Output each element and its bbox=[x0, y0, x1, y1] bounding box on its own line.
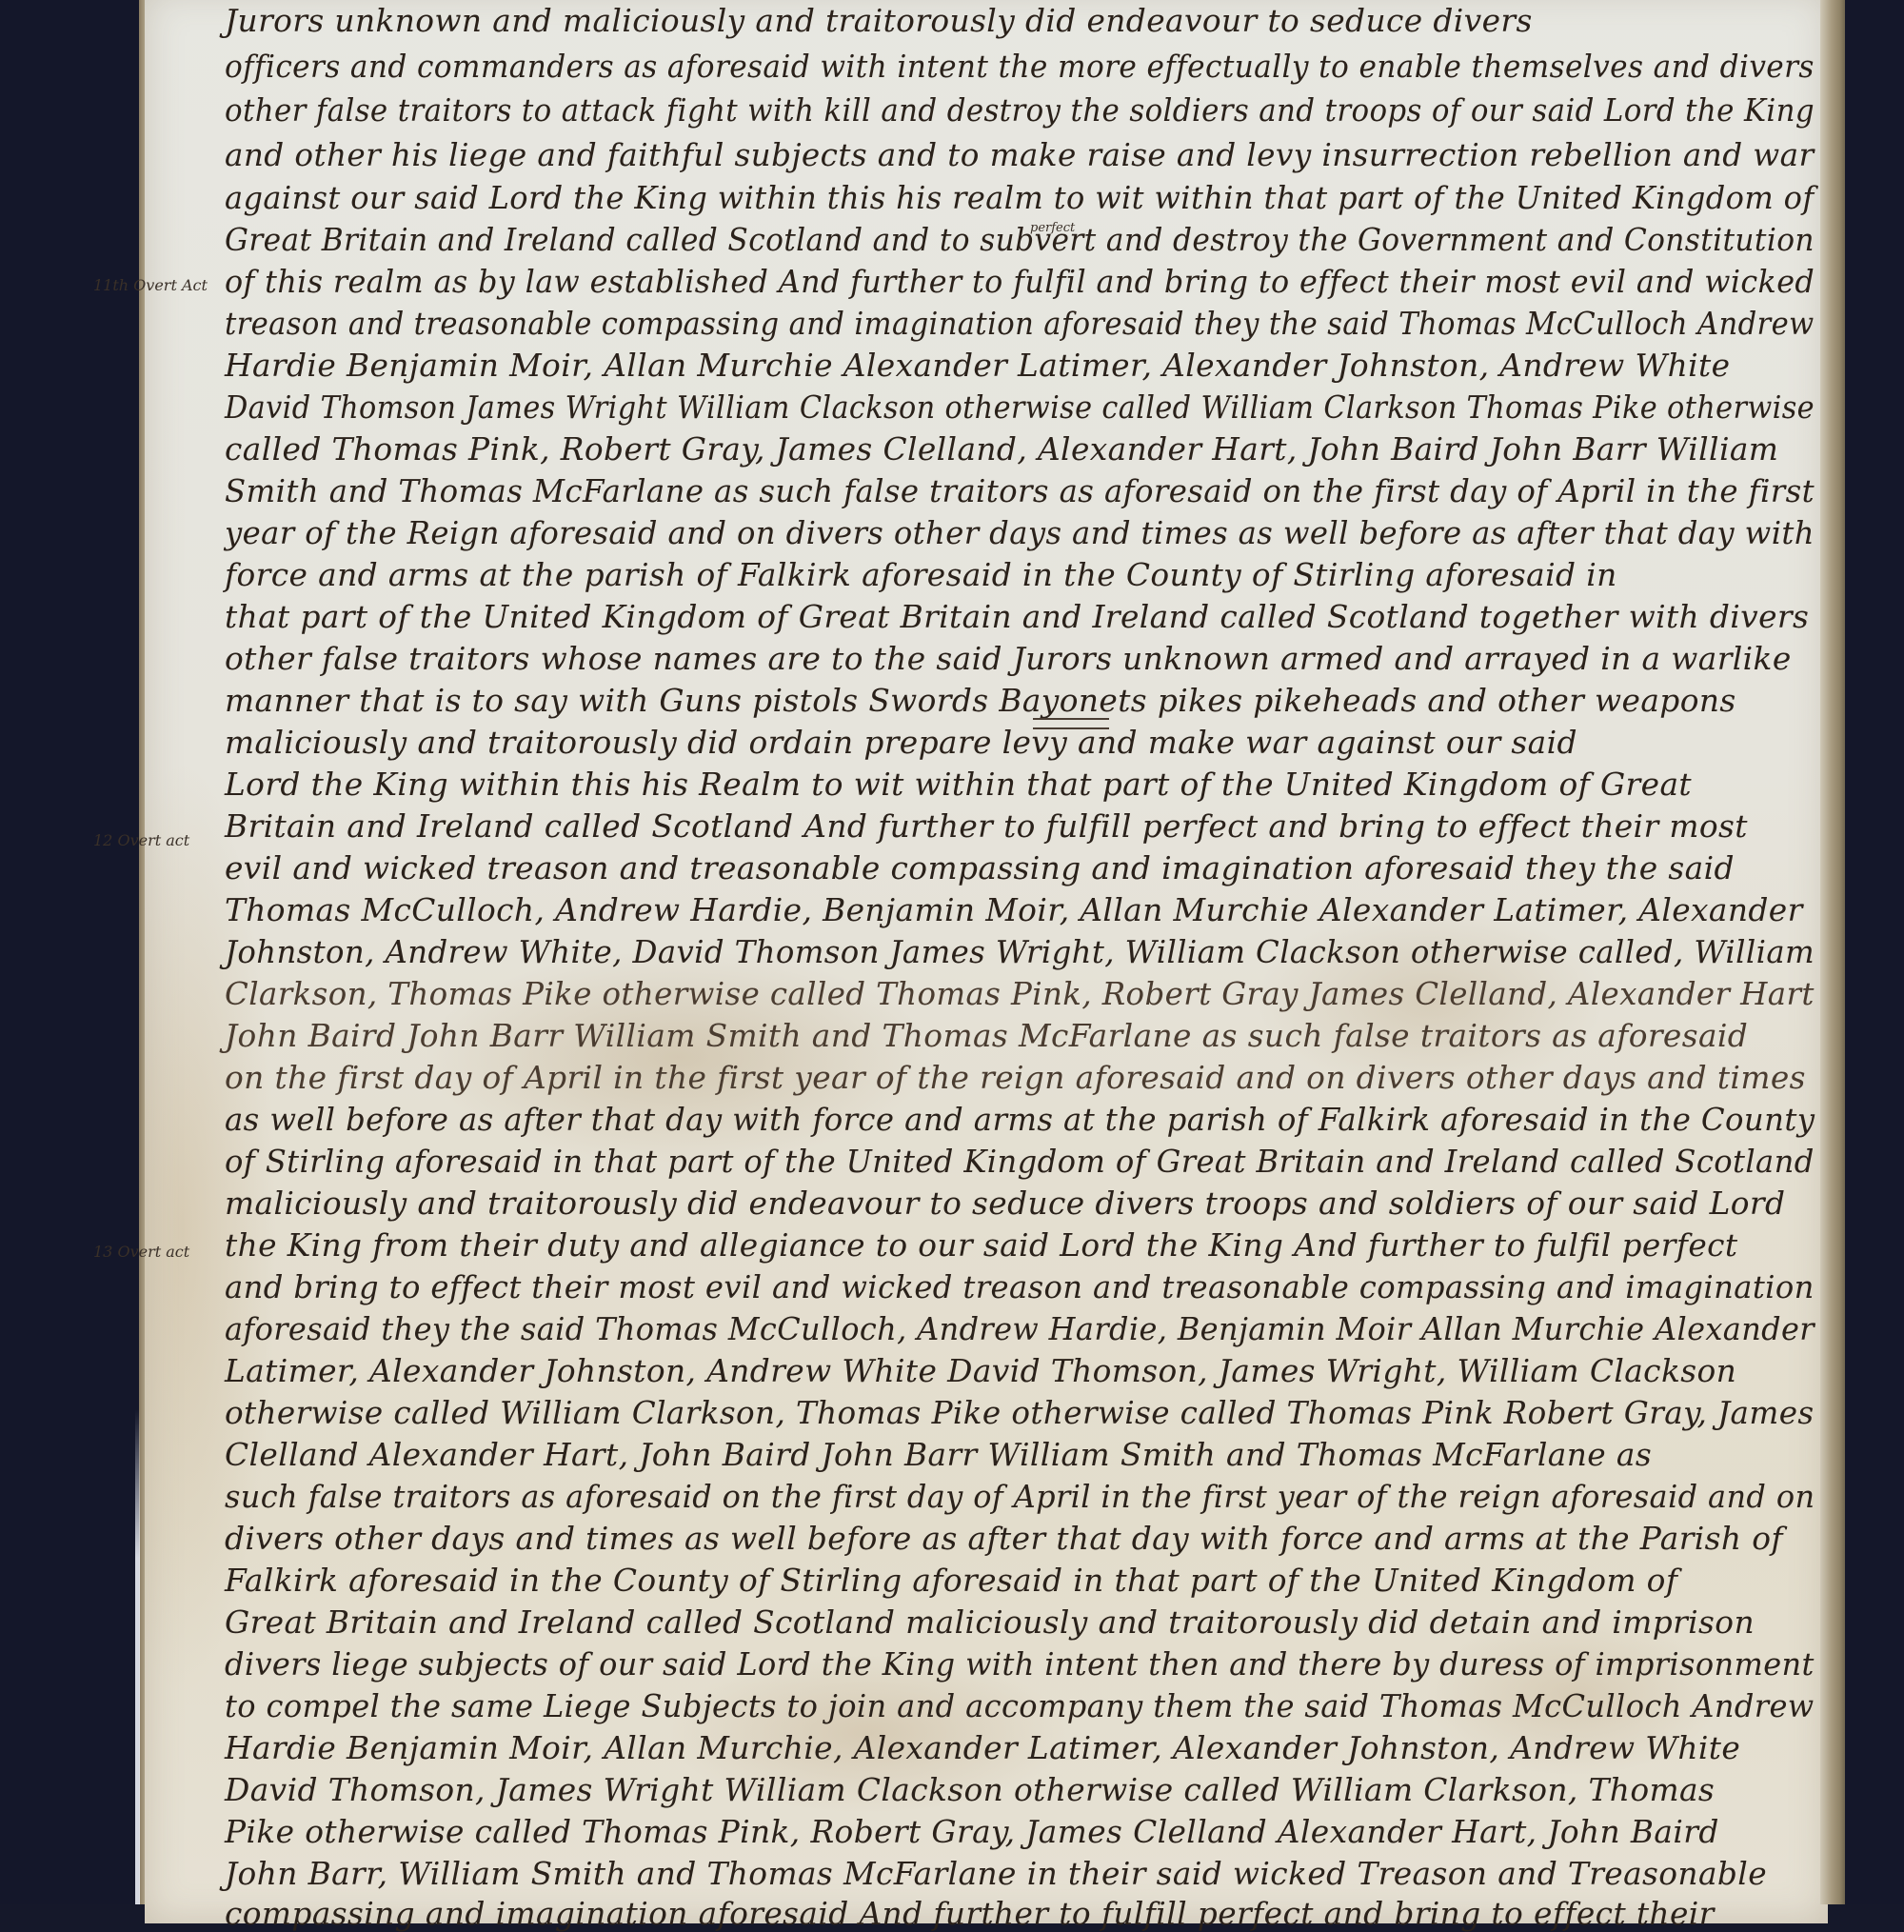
text-line: to compel the same Liege Subjects to joi… bbox=[225, 1687, 1777, 1724]
text-line: Hardie Benjamin Moir, Allan Murchie Alex… bbox=[225, 347, 1815, 384]
text-line: divers liege subjects of our said Lord t… bbox=[225, 1645, 1775, 1683]
text-line: David Thomson, James Wright William Clac… bbox=[225, 1771, 1815, 1808]
struck-out-word bbox=[1033, 718, 1109, 729]
text-line: John Baird John Barr William Smith and T… bbox=[225, 1017, 1815, 1054]
text-line: Clarkson, Thomas Pike otherwise called T… bbox=[225, 975, 1796, 1012]
text-line: divers other days and times as well befo… bbox=[225, 1520, 1815, 1557]
text-line: treason and treasonable compassing and i… bbox=[225, 305, 1709, 342]
text-line: maliciously and traitorously did ordain … bbox=[225, 724, 1815, 761]
text-line: and bring to effect their most evil and … bbox=[225, 1268, 1786, 1305]
text-line: such false traitors as aforesaid on the … bbox=[225, 1478, 1774, 1515]
text-line: Jurors unknown and maliciously and trait… bbox=[225, 2, 1815, 39]
text-line: as well before as after that day with fo… bbox=[225, 1101, 1792, 1138]
text-line: maliciously and traitorously did endeavo… bbox=[225, 1185, 1815, 1222]
text-line: Lord the King within this his Realm to w… bbox=[225, 766, 1815, 803]
text-line: Hardie Benjamin Moir, Allan Murchie, Ale… bbox=[225, 1729, 1815, 1766]
text-line: other false traitors whose names are to … bbox=[225, 640, 1815, 677]
text-line: and other his liege and faithful subject… bbox=[225, 136, 1808, 173]
text-line: otherwise called William Clarkson, Thoma… bbox=[225, 1394, 1805, 1431]
text-line: of Stirling aforesaid in that part of th… bbox=[225, 1143, 1785, 1180]
text-line: manner that is to say with Guns pistols … bbox=[225, 682, 1815, 719]
text-line: the King from their duty and allegiance … bbox=[225, 1226, 1815, 1264]
interlinear-insertion: perfect bbox=[1030, 221, 1075, 235]
text-line: evil and wicked treason and treasonable … bbox=[225, 849, 1815, 886]
text-line: force and arms at the parish of Falkirk … bbox=[225, 556, 1815, 593]
text-line: Clelland Alexander Hart, John Baird John… bbox=[225, 1436, 1815, 1473]
text-line: on the first day of April in the first y… bbox=[225, 1059, 1815, 1096]
text-line: Smith and Thomas McFarlane as such false… bbox=[225, 472, 1793, 509]
text-line: Pike otherwise called Thomas Pink, Rober… bbox=[225, 1813, 1815, 1850]
text-line: officers and commanders as aforesaid wit… bbox=[225, 48, 1735, 85]
text-line: of this realm as by law established And … bbox=[225, 263, 1765, 300]
margin-note-11th-overt-act: 11th Overt Act bbox=[93, 276, 208, 294]
text-line: Johnston, Andrew White, David Thomson Ja… bbox=[225, 933, 1792, 970]
text-line: other false traitors to attack fight wit… bbox=[225, 91, 1720, 129]
margin-note-12-overt-act: 12 Overt act bbox=[93, 831, 189, 849]
text-line: that part of the United Kingdom of Great… bbox=[225, 598, 1815, 635]
text-line: year of the Reign aforesaid and on diver… bbox=[225, 514, 1789, 551]
text-line: against our said Lord the King within th… bbox=[225, 179, 1777, 216]
text-line: Great Britain and Ireland called Scotlan… bbox=[225, 1603, 1815, 1641]
text-line: Latimer, Alexander Johnston, Andrew Whit… bbox=[225, 1352, 1815, 1389]
margin-note-13-overt-act: 13 Overt act bbox=[93, 1243, 189, 1261]
manuscript-text: Jurors unknown and maliciously and trait… bbox=[0, 0, 1904, 1904]
text-line: John Barr, William Smith and Thomas McFa… bbox=[225, 1855, 1815, 1892]
text-line: called Thomas Pink, Robert Gray, James C… bbox=[225, 430, 1815, 468]
text-line: Falkirk aforesaid in the County of Stirl… bbox=[225, 1562, 1815, 1599]
text-line: compassing and imagination aforesaid And… bbox=[225, 1895, 1815, 1904]
text-line: David Thomson James Wright William Clack… bbox=[225, 388, 1695, 426]
text-line: Thomas McCulloch, Andrew Hardie, Benjami… bbox=[225, 891, 1815, 928]
text-line: Great Britain and Ireland called Scotlan… bbox=[225, 221, 1738, 258]
text-line: aforesaid they the said Thomas McCulloch… bbox=[225, 1310, 1773, 1347]
text-line: Britain and Ireland called Scotland And … bbox=[225, 807, 1815, 845]
